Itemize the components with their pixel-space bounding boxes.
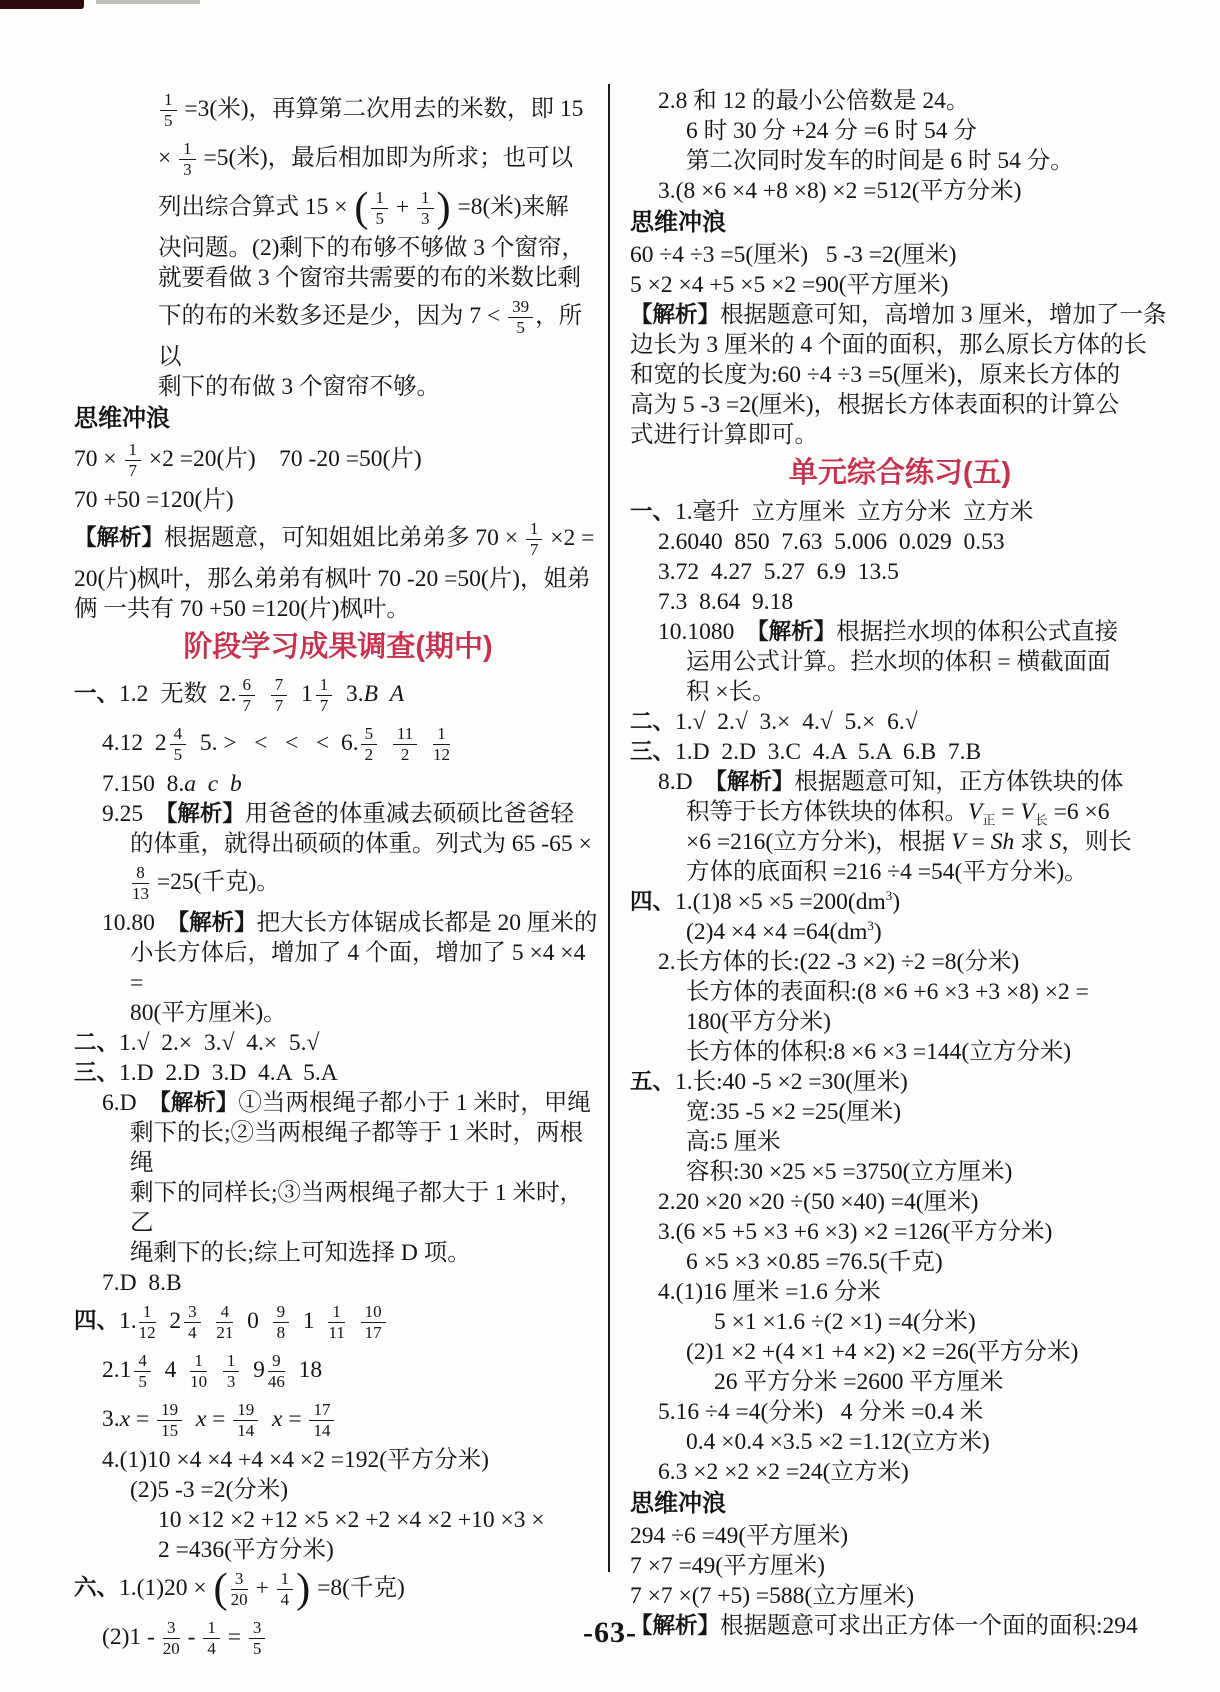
answer-line: 第二次同时发车的时间是 6 时 54 分。 xyxy=(630,146,1170,176)
fraction: 112 xyxy=(433,725,450,764)
answer-line: 4.12 245 5. > < < < 6.52 112 112 xyxy=(74,720,602,769)
answer-line: 7.3 8.64 9.18 xyxy=(630,587,1170,617)
fraction: 13 xyxy=(417,189,434,228)
fraction: 17 xyxy=(125,441,142,480)
answer-line: 就要看做 3 个窗帘共需要的布的米数比剩 xyxy=(74,263,602,293)
answer-line: 剩下的长;②当两根绳子都等于 1 米时，两根绳 xyxy=(74,1118,602,1178)
answer-line: 的体重，就得出硕硕的体重。列式为 65 -65 × xyxy=(74,829,602,859)
fraction: 13 xyxy=(179,140,196,179)
answer-line: 剩下的布做 3 个窗帘不够。 xyxy=(74,372,602,402)
answer-line: 6 时 30 分 +24 分 =6 时 54 分 xyxy=(630,116,1170,146)
answer-line: 三、1.D 2.D 3.C 4.A 5.A 6.B 7.B xyxy=(630,737,1170,767)
answer-line: 小长方体后，增加了 4 个面，增加了 5 ×4 ×4 = xyxy=(74,938,602,998)
answer-line: 26 平方分米 =2600 平方厘米 xyxy=(630,1367,1170,1397)
answer-line: 五、1.长:40 -5 ×2 =30(厘米) xyxy=(630,1067,1170,1097)
fraction: 14 xyxy=(277,1570,294,1609)
subsection-title: 思维冲浪 xyxy=(74,402,602,436)
answer-line: 剩下的同样长;③当两根绳子都大于 1 米时，乙 xyxy=(74,1178,602,1238)
answer-line: 5 ×1 ×1.6 ÷(2 ×1) =4(分米) xyxy=(630,1307,1170,1337)
answer-line: 长方体的表面积:(8 ×6 +6 ×3 +3 ×8) ×2 = xyxy=(630,977,1170,1007)
answer-line: 8.D 【解析】根据题意可知，正方体铁块的体 xyxy=(630,767,1170,797)
fraction: 45 xyxy=(170,725,187,764)
answer-line: 2.20 ×20 ×20 ÷(50 ×40) =4(厘米) xyxy=(630,1187,1170,1217)
answer-line: 3.72 4.27 5.27 6.9 13.5 xyxy=(630,557,1170,587)
answer-line: 积 ×长。 xyxy=(630,677,1170,707)
fraction: 13 xyxy=(223,1352,240,1391)
answer-line: × 13 =5(米)，最后相加即为所求；也可以 xyxy=(74,135,602,184)
fraction: 320 xyxy=(231,1570,248,1609)
answer-line: 二、1.√ 2.√ 3.× 4.√ 5.× 6.√ xyxy=(630,707,1170,737)
fraction: 1915 xyxy=(157,1401,182,1440)
answer-line: (2)4 ×4 ×4 =64(dm3) xyxy=(630,917,1170,947)
fraction: 112 xyxy=(139,1303,156,1342)
answer-line: 二、1.√ 2.× 3.√ 4.× 5.√ xyxy=(74,1028,602,1058)
answer-line: 15 =3(米)，再算第二次用去的米数，即 15 xyxy=(74,86,602,135)
right-column: 2.8 和 12 的最小公倍数是 24。6 时 30 分 +24 分 =6 时 … xyxy=(630,86,1170,1641)
answer-line: 高:5 厘米 xyxy=(630,1127,1170,1157)
answer-line: 60 ÷4 ÷3 =5(厘米) 5 -3 =2(厘米) xyxy=(630,240,1170,270)
fraction: 77 xyxy=(271,676,288,715)
answer-line: 绳剩下的长;综上可知选择 D 项。 xyxy=(74,1238,602,1268)
answer-line: 一、1.2 无数 2.67 77 117 3.B A xyxy=(74,671,602,720)
answer-line: ×6 =216(立方分米)，根据 V = Sh 求 S，则长 xyxy=(630,827,1170,857)
page-number: -63- xyxy=(0,1616,1220,1650)
answer-line: 2.6040 850 7.63 5.006 0.029 0.53 xyxy=(630,527,1170,557)
answer-line: 一、1.毫升 立方厘米 立方分米 立方米 xyxy=(630,497,1170,527)
answer-line: 20(片)枫叶，那么弟弟有枫叶 70 -20 =50(片)，姐弟 xyxy=(74,564,602,594)
answer-line: 3.x = 1915 x = 1914 x = 1714 xyxy=(74,1396,602,1445)
fraction: 15 xyxy=(160,91,177,130)
answer-line: 2.145 4 110 13 9946 18 xyxy=(74,1347,602,1396)
fraction: 34 xyxy=(184,1303,201,1342)
answer-line: 列出综合算式 15 × (15 + 13) =8(米)来解 xyxy=(74,184,602,233)
answer-line: 积等于长方体铁块的体积。V正 = V长 =6 ×6 xyxy=(630,797,1170,827)
answer-line: 5 ×2 ×4 +5 ×5 ×2 =90(平方厘米) xyxy=(630,270,1170,300)
answer-line: 容积:30 ×25 ×5 =3750(立方厘米) xyxy=(630,1157,1170,1187)
answer-line: 7 ×7 ×(7 +5) =588(立方厘米) xyxy=(630,1581,1170,1611)
answer-line: 2.长方体的长:(22 -3 ×2) ÷2 =8(分米) xyxy=(630,947,1170,977)
answer-line: 6.D 【解析】①当两根绳子都小于 1 米时，甲绳 xyxy=(74,1088,602,1118)
answer-line: 180(平方分米) xyxy=(630,1007,1170,1037)
answer-line: 7.D 8.B xyxy=(74,1268,602,1298)
left-column: 15 =3(米)，再算第二次用去的米数，即 15× 13 =5(米)，最后相加即… xyxy=(74,86,602,1663)
answer-line: 70 +50 =120(片) xyxy=(74,485,602,515)
section-header: 阶段学习成果调查(期中) xyxy=(74,627,602,667)
answer-line: 运用公式计算。拦水坝的体积 = 横截面面 xyxy=(630,647,1170,677)
answer-line: 4.(1)10 ×4 ×4 +4 ×4 ×2 =192(平方分米) xyxy=(74,1445,602,1475)
answer-line: 三、1.D 2.D 3.D 4.A 5.A xyxy=(74,1058,602,1088)
answer-line: 80(平方厘米)。 xyxy=(74,998,602,1028)
answer-line: 决问题。(2)剩下的布够不够做 3 个窗帘， xyxy=(74,233,602,263)
fraction: 1914 xyxy=(233,1401,258,1440)
answer-line: 10.80 【解析】把大长方体锯成长都是 20 厘米的 xyxy=(74,908,602,938)
fraction: 52 xyxy=(361,725,378,764)
answer-line: (2)5 -3 =2(分米) xyxy=(74,1475,602,1505)
fraction: 17 xyxy=(316,676,333,715)
fraction: 1017 xyxy=(361,1303,386,1342)
answer-line: 5.16 ÷4 =4(分米) 4 分米 =0.4 米 xyxy=(630,1397,1170,1427)
fraction: 98 xyxy=(273,1303,290,1342)
scan-artifact-top-smudge xyxy=(96,0,200,4)
fraction: 112 xyxy=(393,725,417,764)
section-header: 单元综合练习(五) xyxy=(630,453,1170,493)
fraction: 15 xyxy=(371,189,388,228)
answer-line: 式进行计算即可。 xyxy=(630,420,1170,450)
answer-line: 7 ×7 =49(平方厘米) xyxy=(630,1551,1170,1581)
answer-line: 3.(6 ×5 +5 ×3 +6 ×3) ×2 =126(平方分米) xyxy=(630,1217,1170,1247)
answer-line: 四、1.112 234 421 0 98 1 111 1017 xyxy=(74,1298,602,1347)
answer-line: 4.(1)16 厘米 =1.6 分米 xyxy=(630,1277,1170,1307)
answer-line: 7.150 8.a c b xyxy=(74,769,602,799)
answer-line: 宽:35 -5 ×2 =25(厘米) xyxy=(630,1097,1170,1127)
subsection-title: 思维冲浪 xyxy=(630,1487,1170,1521)
answer-line: 和宽的长度为:60 ÷4 ÷3 =5(厘米)，原来长方体的 xyxy=(630,360,1170,390)
answer-line: 高为 5 -3 =2(厘米)，根据长方体表面积的计算公 xyxy=(630,390,1170,420)
answer-line: 0.4 ×0.4 ×3.5 ×2 =1.12(立方米) xyxy=(630,1427,1170,1457)
answer-line: 【解析】根据题意可知，高增加 3 厘米，增加了一条 xyxy=(630,300,1170,330)
answer-line: 长方体的体积:8 ×6 ×3 =144(立方分米) xyxy=(630,1037,1170,1067)
answer-line: 10.1080 【解析】根据拦水坝的体积公式直接 xyxy=(630,617,1170,647)
answer-line: 边长为 3 厘米的 4 个面的面积，那么原长方体的长 xyxy=(630,330,1170,360)
answer-line: 俩 一共有 70 +50 =120(片)枫叶。 xyxy=(74,594,602,624)
fraction: 813 xyxy=(132,864,149,903)
answer-line: 10 ×12 ×2 +12 ×5 ×2 +2 ×4 ×2 +10 ×3 × xyxy=(74,1505,602,1535)
answer-line: 3.(8 ×6 ×4 +8 ×8) ×2 =512(平方分米) xyxy=(630,176,1170,206)
fraction: 110 xyxy=(190,1352,207,1391)
answer-line: 9.25 【解析】用爸爸的体重减去硕硕比爸爸轻 xyxy=(74,799,602,829)
answer-line: 下的布的米数多还是少，因为 7 < 395，所以 xyxy=(74,293,602,372)
answer-line: 70 × 17 ×2 =20(片) 70 -20 =50(片) xyxy=(74,436,602,485)
answer-line: 294 ÷6 =49(平方厘米) xyxy=(630,1521,1170,1551)
answer-line: (2)1 ×2 +(4 ×1 +4 ×2) ×2 =26(平方分米) xyxy=(630,1337,1170,1367)
fraction: 45 xyxy=(134,1352,151,1391)
answer-line: 2 =436(平方分米) xyxy=(74,1535,602,1565)
subsection-title: 思维冲浪 xyxy=(630,206,1170,240)
answer-line: 四、1.(1)8 ×5 ×5 =200(dm3) xyxy=(630,887,1170,917)
column-divider-line xyxy=(608,84,610,1572)
answer-line: 813 =25(千克)。 xyxy=(74,859,602,908)
fraction: 17 xyxy=(526,520,543,559)
fraction: 421 xyxy=(216,1303,233,1342)
fraction: 67 xyxy=(239,676,256,715)
scan-artifact-top-left xyxy=(0,0,84,9)
fraction: 395 xyxy=(508,298,533,337)
answer-line: 六、1.(1)20 × (320 + 14) =8(千克) xyxy=(74,1565,602,1614)
answer-line: 2.8 和 12 的最小公倍数是 24。 xyxy=(630,86,1170,116)
answer-line: 方体的底面积 =216 ÷4 =54(平方分米)。 xyxy=(630,857,1170,887)
fraction: 111 xyxy=(328,1303,345,1342)
answer-line: 【解析】根据题意，可知姐姐比弟弟多 70 × 17 ×2 = xyxy=(74,515,602,564)
answer-line: 6.3 ×2 ×2 ×2 =24(立方米) xyxy=(630,1457,1170,1487)
fraction: 946 xyxy=(268,1352,285,1391)
answer-line: 6 ×5 ×3 ×0.85 =76.5(千克) xyxy=(630,1247,1170,1277)
fraction: 1714 xyxy=(309,1401,334,1440)
